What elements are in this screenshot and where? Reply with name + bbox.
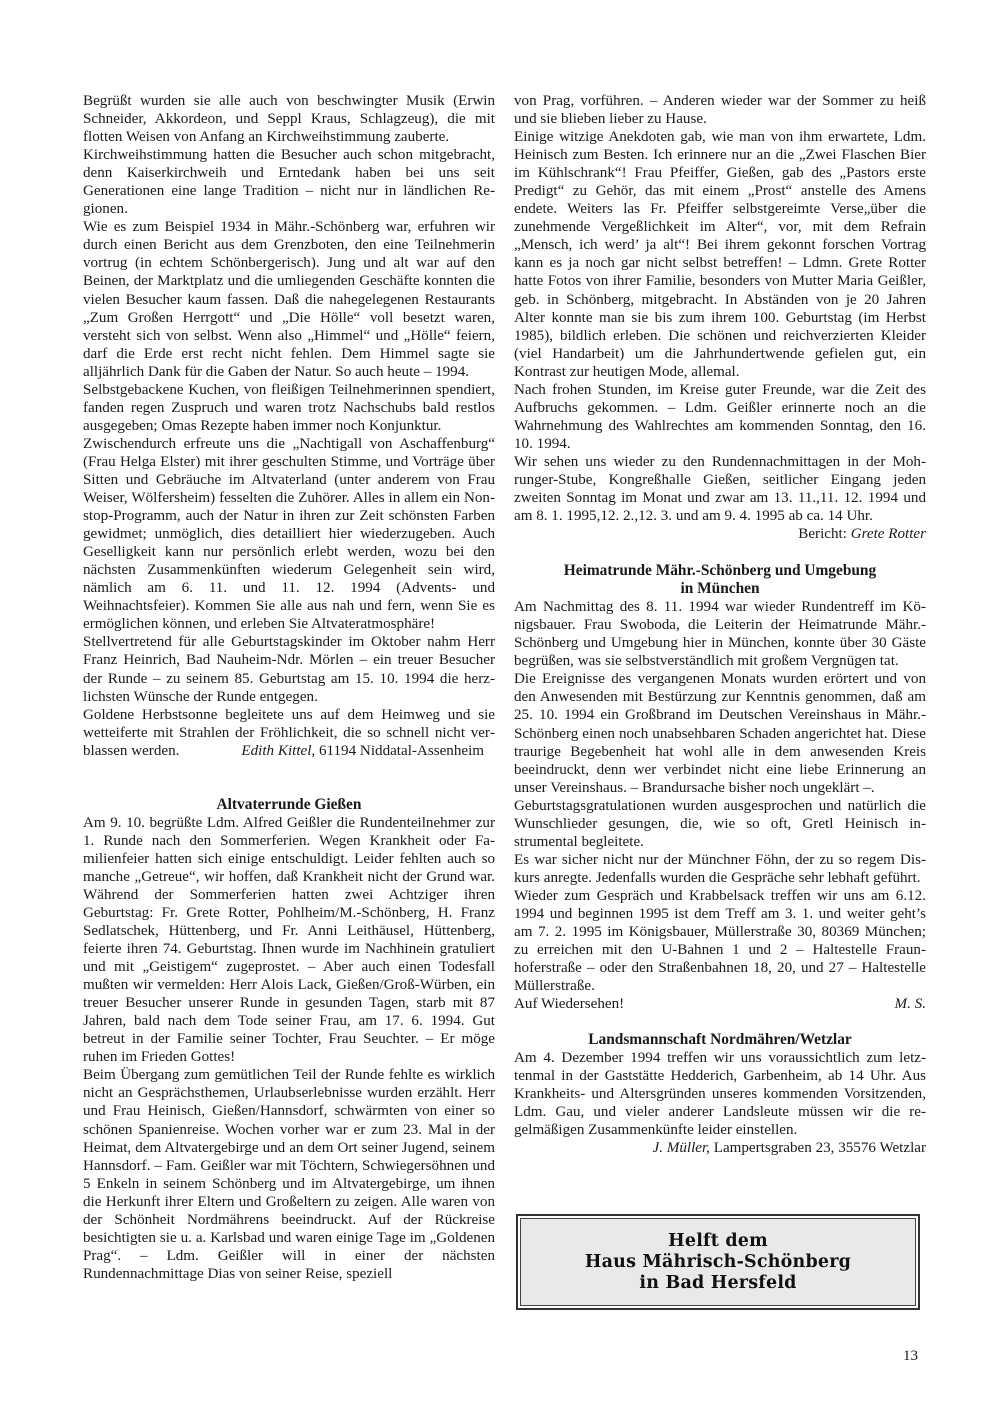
section-heading: Landsmannschaft Nordmähren/Wetzlar [514, 1031, 926, 1049]
closing-line: Auf Wiedersehen! M. S. [514, 995, 926, 1013]
paragraph: Wie es zum Beispiel 1934 in Mähr.-Schönb… [83, 218, 495, 380]
right-column: von Prag, vorführen. – Anderen wieder wa… [514, 92, 926, 1158]
paragraph: Am 9. 10. begrüßte Ldm. Alfred Geißler d… [83, 814, 495, 1067]
author-name: Grete Rotter [851, 526, 926, 542]
paragraph: Selbstgebackene Kuchen, von fleißigen Te… [83, 381, 495, 435]
left-column: Begrüßt wurden sie alle auch von beschwi… [83, 92, 495, 1283]
report-signature: Bericht: Grete Rotter [514, 525, 926, 543]
paragraph-with-signature: Goldene Herbstsonne begleitete uns auf d… [83, 706, 495, 760]
signature-label: Bericht: [798, 526, 850, 542]
section-heading: Altvaterrunde Gießen [83, 796, 495, 814]
banner-line: Haus Mährisch-Schönberg [585, 1252, 851, 1273]
paragraph: Am Nachmittag des 8. 11. 1994 war wieder… [514, 598, 926, 670]
banner-line: Helft dem [668, 1231, 768, 1252]
page-number: 13 [903, 1348, 918, 1365]
paragraph: Beim Übergang zum gemütlichen Teil der R… [83, 1066, 495, 1283]
paragraph: Zwischendurch erfreute uns die „Nachtiga… [83, 435, 495, 634]
author-signature: J. Müller, Lampertsgraben 23, 35576 Wetz… [514, 1139, 926, 1157]
author-name: Edith Kittel, [241, 743, 315, 759]
paragraph: Einige witzige Anekdoten gab, wie man vo… [514, 128, 926, 381]
author-address: Lampertsgraben 23, 35576 Wetzlar [710, 1140, 926, 1156]
banner-line: in Bad Hersfeld [639, 1273, 796, 1294]
paragraph: Es war sicher nicht nur der Münchner Föh… [514, 851, 926, 887]
paragraph: Kirchweihstimmung hatten die Besucher au… [83, 146, 495, 218]
paragraph: Die Ereignisse des vergangenen Monats wu… [514, 670, 926, 796]
author-initials: M. S. [895, 995, 926, 1013]
appeal-banner: Helft dem Haus Mährisch-Schönberg in Bad… [516, 1214, 920, 1310]
paragraph: Am 4. Dezember 1994 treffen wir uns vora… [514, 1049, 926, 1139]
paragraph: Begrüßt wurden sie alle auch von beschwi… [83, 92, 495, 146]
paragraph: Wieder zum Gespräch und Krabbelsack tref… [514, 887, 926, 995]
appeal-banner-inner: Helft dem Haus Mährisch-Schönberg in Bad… [520, 1218, 916, 1306]
paragraph: Geburtstagsgratulationen wurden ausgespr… [514, 797, 926, 851]
section-heading-line: Heimatrunde Mähr.-Schönberg und Umgebung [564, 562, 876, 579]
closing-text: Auf Wiedersehen! [514, 995, 624, 1013]
section-heading: Heimatrunde Mähr.-Schönberg und Umgebung… [514, 562, 926, 598]
section-heading-line: in München [680, 580, 759, 597]
author-name: J. Müller, [653, 1140, 710, 1156]
paragraph: Wir sehen uns wieder zu den Rundennachmi… [514, 453, 926, 525]
paragraph: von Prag, vorführen. – Anderen wieder wa… [514, 92, 926, 128]
paragraph: Nach frohen Stunden, im Kreise guter Fre… [514, 381, 926, 453]
paragraph: Stellvertretend für alle Geburtstagskind… [83, 633, 495, 705]
author-place: 61194 Niddatal-Assenheim [315, 743, 484, 759]
